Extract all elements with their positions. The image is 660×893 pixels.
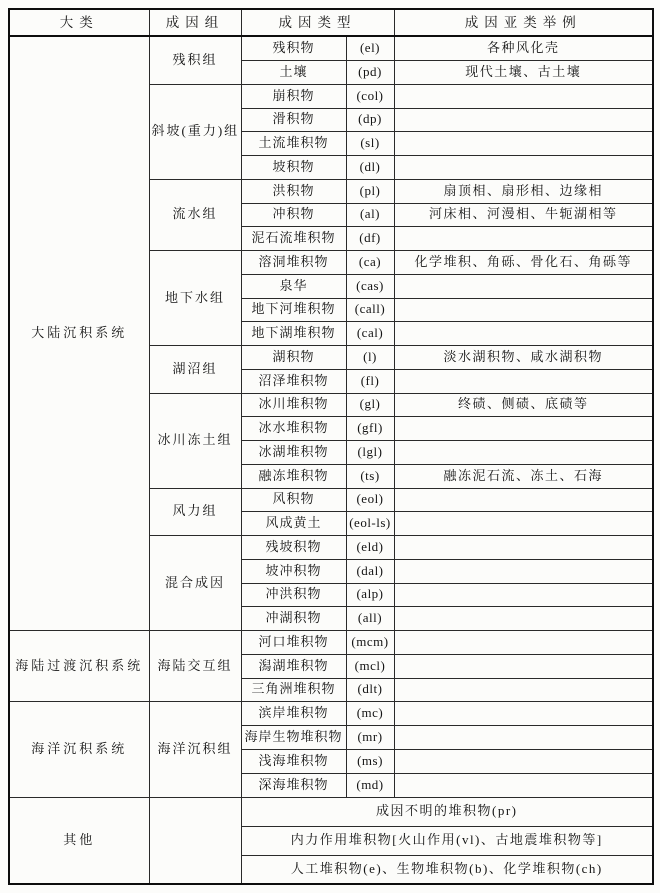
subtype-examples-cell [394, 274, 653, 298]
genetic-code-cell: (pd) [346, 61, 394, 85]
genetic-code-cell: (alp) [346, 583, 394, 607]
genetic-type-cell: 地下湖堆积物 [241, 322, 346, 346]
header-genetic-group: 成因组 [149, 9, 241, 36]
genetic-type-cell: 滨岸堆积物 [241, 702, 346, 726]
genetic-code-cell: (cal) [346, 322, 394, 346]
genetic-group-cell: 风力组 [149, 488, 241, 536]
subtype-examples-cell [394, 773, 653, 797]
genetic-code-cell: (mcm) [346, 631, 394, 655]
genetic-type-cell: 土壤 [241, 61, 346, 85]
document-page: 大类成因组成因类型成因亚类举例 大陆沉积系统残积组残积物(el)各种风化壳土壤(… [0, 0, 660, 893]
genetic-code-cell: (fl) [346, 369, 394, 393]
genetic-group-cell: 湖沼组 [149, 346, 241, 394]
header-genetic-type: 成因类型 [241, 9, 394, 36]
genetic-type-cell: 坡积物 [241, 156, 346, 180]
genetic-group-cell: 海洋沉积组 [149, 702, 241, 797]
genetic-type-cell: 冰川堆积物 [241, 393, 346, 417]
genetic-group-cell: 地下水组 [149, 251, 241, 346]
genetic-type-cell: 海岸生物堆积物 [241, 726, 346, 750]
subtype-examples-cell [394, 369, 653, 393]
subtype-examples-cell [394, 702, 653, 726]
subtype-examples-cell [394, 156, 653, 180]
major-category-cell: 海洋沉积系统 [9, 702, 149, 797]
subtype-examples-cell [394, 84, 653, 108]
genetic-type-cell: 泥石流堆积物 [241, 227, 346, 251]
genetic-code-cell: (el) [346, 36, 394, 61]
major-category-cell: 大陆沉积系统 [9, 36, 149, 631]
table-row: 其他成因不明的堆积物(pr) [9, 797, 653, 826]
genetic-type-cell: 潟湖堆积物 [241, 654, 346, 678]
genetic-code-cell: (col) [346, 84, 394, 108]
subtype-examples-cell [394, 726, 653, 750]
genetic-code-cell: (eol) [346, 488, 394, 512]
classification-table: 大类成因组成因类型成因亚类举例 大陆沉积系统残积组残积物(el)各种风化壳土壤(… [8, 8, 654, 885]
genetic-code-cell: (sl) [346, 132, 394, 156]
major-category-cell: 其他 [9, 797, 149, 884]
header-major-category: 大类 [9, 9, 149, 36]
subtype-examples-cell [394, 512, 653, 536]
genetic-type-cell: 地下河堆积物 [241, 298, 346, 322]
table-row: 海洋沉积系统海洋沉积组滨岸堆积物(mc) [9, 702, 653, 726]
header-row: 大类成因组成因类型成因亚类举例 [9, 9, 653, 36]
subtype-examples-cell [394, 132, 653, 156]
genetic-code-cell: (cas) [346, 274, 394, 298]
genetic-type-cell: 冲积物 [241, 203, 346, 227]
genetic-type-cell: 风成黄土 [241, 512, 346, 536]
table-row: 海陆过渡沉积系统海陆交互组河口堆积物(mcm) [9, 631, 653, 655]
other-item-cell: 内力作用堆积物[火山作用(vl)、古地震堆积物等] [241, 826, 653, 855]
genetic-group-cell: 海陆交互组 [149, 631, 241, 702]
subtype-examples-cell [394, 488, 653, 512]
other-item-cell: 人工堆积物(e)、生物堆积物(b)、化学堆积物(ch) [241, 855, 653, 884]
genetic-code-cell: (dl) [346, 156, 394, 180]
genetic-code-cell: (ts) [346, 464, 394, 488]
genetic-type-cell: 湖积物 [241, 346, 346, 370]
genetic-type-cell: 坡冲积物 [241, 559, 346, 583]
genetic-code-cell: (mc) [346, 702, 394, 726]
other-item-cell: 成因不明的堆积物(pr) [241, 797, 653, 826]
subtype-examples-cell [394, 678, 653, 702]
subtype-examples-cell: 终碛、侧碛、底碛等 [394, 393, 653, 417]
genetic-type-cell: 残积物 [241, 36, 346, 61]
genetic-type-cell: 浅海堆积物 [241, 749, 346, 773]
genetic-type-cell: 三角洲堆积物 [241, 678, 346, 702]
subtype-examples-cell [394, 559, 653, 583]
genetic-type-cell: 河口堆积物 [241, 631, 346, 655]
subtype-examples-cell [394, 441, 653, 465]
genetic-code-cell: (l) [346, 346, 394, 370]
genetic-type-cell: 冰湖堆积物 [241, 441, 346, 465]
subtype-examples-cell [394, 536, 653, 560]
genetic-type-cell: 泉华 [241, 274, 346, 298]
subtype-examples-cell [394, 322, 653, 346]
genetic-type-cell: 溶洞堆积物 [241, 251, 346, 275]
genetic-type-cell: 风积物 [241, 488, 346, 512]
genetic-code-cell: (al) [346, 203, 394, 227]
subtype-examples-cell: 现代土壤、古土壤 [394, 61, 653, 85]
header-subtype-examples: 成因亚类举例 [394, 9, 653, 36]
subtype-examples-cell: 淡水湖积物、咸水湖积物 [394, 346, 653, 370]
subtype-examples-cell [394, 583, 653, 607]
genetic-code-cell: (eld) [346, 536, 394, 560]
major-category-cell: 海陆过渡沉积系统 [9, 631, 149, 702]
subtype-examples-cell [394, 749, 653, 773]
subtype-examples-cell: 各种风化壳 [394, 36, 653, 61]
genetic-type-cell: 深海堆积物 [241, 773, 346, 797]
subtype-examples-cell [394, 631, 653, 655]
genetic-group-cell: 混合成因 [149, 536, 241, 631]
table-body: 大陆沉积系统残积组残积物(el)各种风化壳土壤(pd)现代土壤、古土壤斜坡(重力… [9, 36, 653, 884]
genetic-code-cell: (ms) [346, 749, 394, 773]
genetic-type-cell: 冰水堆积物 [241, 417, 346, 441]
genetic-type-cell: 冲湖积物 [241, 607, 346, 631]
genetic-type-cell: 沼泽堆积物 [241, 369, 346, 393]
empty-group-cell [149, 797, 241, 884]
subtype-examples-cell [394, 298, 653, 322]
genetic-type-cell: 崩积物 [241, 84, 346, 108]
genetic-type-cell: 滑积物 [241, 108, 346, 132]
genetic-group-cell: 斜坡(重力)组 [149, 84, 241, 179]
subtype-examples-cell: 化学堆积、角砾、骨化石、角砾等 [394, 251, 653, 275]
subtype-examples-cell [394, 654, 653, 678]
subtype-examples-cell [394, 108, 653, 132]
genetic-code-cell: (df) [346, 227, 394, 251]
genetic-type-cell: 冲洪积物 [241, 583, 346, 607]
genetic-code-cell: (dp) [346, 108, 394, 132]
genetic-code-cell: (pl) [346, 179, 394, 203]
genetic-type-cell: 洪积物 [241, 179, 346, 203]
genetic-code-cell: (dal) [346, 559, 394, 583]
genetic-code-cell: (dlt) [346, 678, 394, 702]
genetic-code-cell: (md) [346, 773, 394, 797]
subtype-examples-cell: 扇顶相、扇形相、边缘相 [394, 179, 653, 203]
genetic-code-cell: (gl) [346, 393, 394, 417]
genetic-code-cell: (ca) [346, 251, 394, 275]
subtype-examples-cell [394, 607, 653, 631]
table-row: 大陆沉积系统残积组残积物(el)各种风化壳 [9, 36, 653, 61]
subtype-examples-cell [394, 227, 653, 251]
genetic-code-cell: (all) [346, 607, 394, 631]
subtype-examples-cell [394, 417, 653, 441]
genetic-code-cell: (mcl) [346, 654, 394, 678]
genetic-group-cell: 残积组 [149, 36, 241, 84]
genetic-type-cell: 残坡积物 [241, 536, 346, 560]
genetic-code-cell: (eol-ls) [346, 512, 394, 536]
genetic-group-cell: 流水组 [149, 179, 241, 250]
genetic-group-cell: 冰川冻土组 [149, 393, 241, 488]
genetic-code-cell: (call) [346, 298, 394, 322]
genetic-type-cell: 土流堆积物 [241, 132, 346, 156]
genetic-code-cell: (lgl) [346, 441, 394, 465]
genetic-type-cell: 融冻堆积物 [241, 464, 346, 488]
genetic-code-cell: (gfl) [346, 417, 394, 441]
genetic-code-cell: (mr) [346, 726, 394, 750]
table-header: 大类成因组成因类型成因亚类举例 [9, 9, 653, 36]
subtype-examples-cell: 河床相、河漫相、牛轭湖相等 [394, 203, 653, 227]
subtype-examples-cell: 融冻泥石流、冻土、石海 [394, 464, 653, 488]
